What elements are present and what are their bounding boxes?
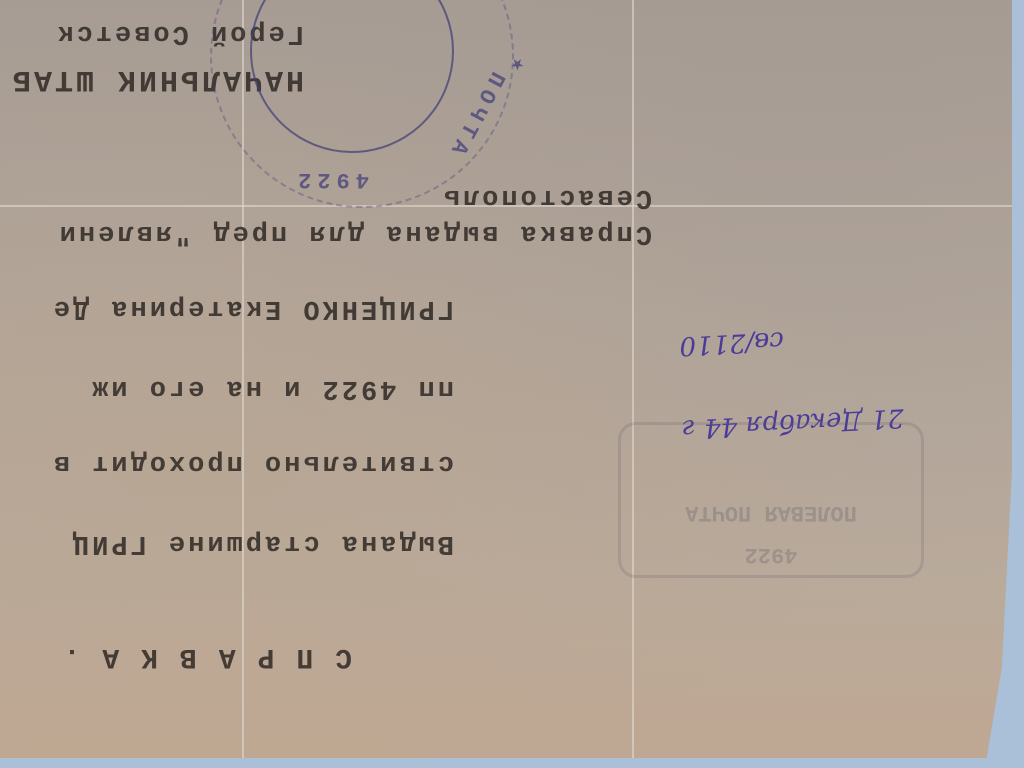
- body-line-6: Севастополь: [441, 182, 652, 212]
- body-line-1: Выдана старшине ГРИЦ: [70, 528, 454, 558]
- handwritten-number: св/2110: [679, 325, 785, 360]
- faint-stamp-line-1: 4922: [621, 533, 921, 575]
- stamp-number: 4922: [292, 167, 369, 192]
- body-line-4: ГРИЦЕНКО Екатерина Де: [51, 293, 454, 323]
- body-line-5: Справка выдана для пред "явлени: [57, 218, 652, 248]
- body-line-2: ствительно проходит в: [51, 448, 454, 478]
- body-line-3: пп 4922 и на его иж: [89, 373, 454, 403]
- rotated-document-content: СПРАВКА. Выдана старшине ГРИЦ ствительно…: [0, 0, 1024, 768]
- faint-stamp-line-2: ПОЛЕВАЯ ПОЧТА: [621, 491, 921, 533]
- document-title: СПРАВКА.: [42, 641, 352, 672]
- faint-rect-stamp: 4922 ПОЛЕВАЯ ПОЧТА: [618, 422, 924, 578]
- stamp-star-icon: ★: [505, 52, 524, 78]
